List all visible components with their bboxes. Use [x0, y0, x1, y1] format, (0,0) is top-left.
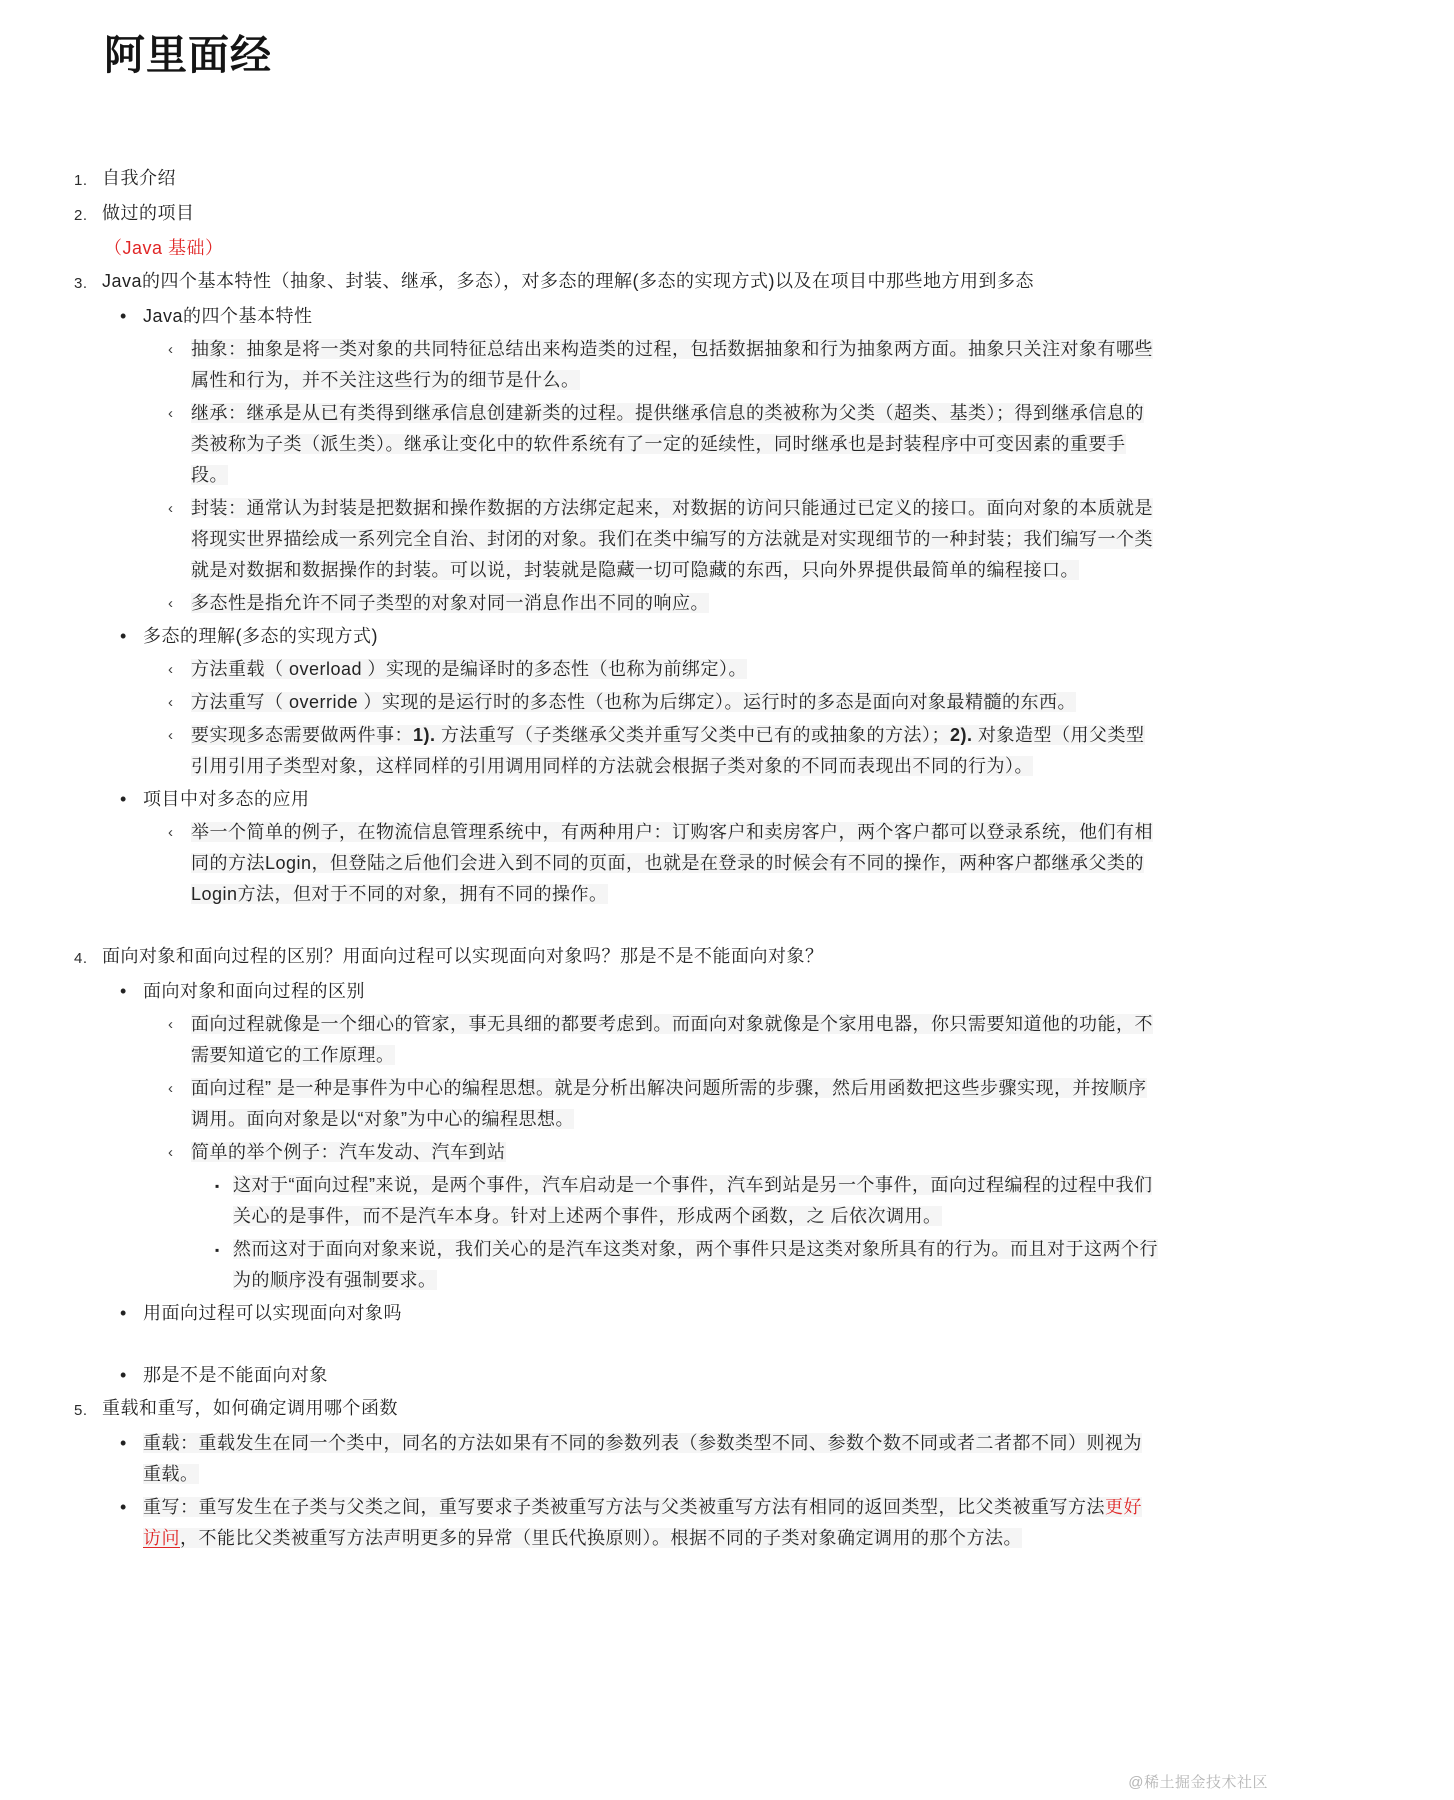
- paragraph-text: 这对于“面向过程”来说，是两个事件，汽车启动是一个事件，汽车到站是另一个事件，面…: [233, 1175, 1152, 1226]
- item-text: 多态的理解(多态的实现方式): [143, 621, 1158, 652]
- paragraph-text: 然而这对于面向对象来说，我们关心的是汽车这类对象，两个事件只是这类对象所具有的行…: [233, 1239, 1158, 1290]
- document-body: 1. 自我介绍 2. 做过的项目 （Java 基础） 3. Java的四个基本特…: [0, 163, 1158, 1556]
- item-text: 面向对象和面向过程的区别: [143, 976, 1158, 1007]
- item-text: 自我介绍: [102, 163, 1158, 194]
- paragraph-text: 封装：通常认为封装是把数据和操作数据的方法绑定起来，对数据的访问只能通过已定义的…: [191, 498, 1153, 580]
- bullet-l3-example-1: ▪ 这对于“面向过程”来说，是两个事件，汽车启动是一个事件，汽车到站是另一个事件…: [0, 1170, 1158, 1232]
- sub-bullet-icon: ‹: [168, 654, 191, 685]
- numbered-item-5: 5. 重载和重写，如何确定调用哪个函数: [0, 1393, 1158, 1426]
- item-number: 3.: [74, 266, 102, 299]
- item-number: 4.: [74, 941, 102, 974]
- bullet-icon: •: [120, 784, 143, 815]
- square-bullet-icon: ▪: [215, 1170, 233, 1202]
- red-underlined-highlight: 访问: [143, 1528, 180, 1548]
- item-text: 继承：继承是从已有类得到继承信息创建新类的过程。提供继承信息的类被称为父类（超类…: [191, 398, 1158, 491]
- paragraph-text: 抽象：抽象是将一类对象的共同特征总结出来构造类的过程，包括数据抽象和行为抽象两方…: [191, 339, 1153, 390]
- bullet-icon: •: [120, 301, 143, 332]
- bullet-icon: •: [120, 621, 143, 652]
- bullet-l2-overload: ‹ 方法重载（ overload ）实现的是编译时的多态性（也称为前绑定）。: [0, 654, 1158, 685]
- page-title: 阿里面经: [104, 22, 272, 81]
- item-text: 这对于“面向过程”来说，是两个事件，汽车启动是一个事件，汽车到站是另一个事件，面…: [233, 1170, 1158, 1232]
- sub-bullet-icon: ‹: [168, 817, 191, 848]
- bullet-l3-example-2: ▪ 然而这对于面向对象来说，我们关心的是汽车这类对象，两个事件只是这类对象所具有…: [0, 1234, 1158, 1296]
- item-text: 举一个简单的例子，在物流信息管理系统中，有两种用户：订购客户和卖房客户，两个客户…: [191, 817, 1158, 910]
- item-text: 面向对象和面向过程的区别？用面向过程可以实现面向对象吗？那是不是不能面向对象？: [102, 941, 1158, 972]
- bullet-icon: •: [120, 1360, 143, 1391]
- paragraph-text: 项目中对多态的应用: [143, 789, 310, 809]
- text-segment: 重写：重写发生在子类与父类之间，重写要求子类被重写方法与父类被重写方法有相同的返…: [143, 1497, 1105, 1517]
- item-text: Java的四个基本特性（抽象、封装、继承，多态），对多态的理解(多态的实现方式)…: [102, 266, 1158, 297]
- text-segment: ，不能比父类被重写方法声明更多的异常（里氏代换原则）。根据不同的子类对象确定调用…: [180, 1528, 1022, 1548]
- sub-bullet-icon: ‹: [168, 1073, 191, 1104]
- text-segment: 方法重写（子类继承父类并重写父类中已有的或抽象的方法）；: [436, 725, 951, 745]
- bullet-l2-app-example: ‹ 举一个简单的例子，在物流信息管理系统中，有两种用户：订购客户和卖房客户，两个…: [0, 817, 1158, 910]
- bullet-l2-encapsulation: ‹ 封装：通常认为封装是把数据和操作数据的方法绑定起来，对数据的访问只能通过已定…: [0, 493, 1158, 586]
- sub-bullet-icon: ‹: [168, 720, 191, 751]
- paragraph-text: 要实现多态需要做两件事：1). 方法重写（子类继承父类并重写父类中已有的或抽象的…: [191, 725, 1145, 776]
- bullet-l1-features-heading: • Java的四个基本特性: [0, 301, 1158, 332]
- bullet-icon: •: [120, 1492, 143, 1523]
- bullet-l1-poly-heading: • 多态的理解(多态的实现方式): [0, 621, 1158, 652]
- paragraph-text: 重写：重写发生在子类与父类之间，重写要求子类被重写方法与父类被重写方法有相同的返…: [143, 1497, 1142, 1548]
- item-text: 那是不是不能面向对象: [143, 1360, 1158, 1391]
- bullet-l1-q3: • 那是不是不能面向对象: [0, 1360, 1158, 1391]
- text-segment: 要实现多态需要做两件事：: [191, 725, 413, 745]
- numbered-item-3: 3. Java的四个基本特性（抽象、封装、继承，多态），对多态的理解(多态的实现…: [0, 266, 1158, 299]
- bullet-l2-diff-1: ‹ 面向过程就像是一个细心的管家，事无具细的都要考虑到。而面向对象就像是个家用电…: [0, 1009, 1158, 1071]
- paragraph-text: Java的四个基本特性（抽象、封装、继承，多态），对多态的理解(多态的实现方式)…: [102, 271, 1034, 291]
- bold-text: 2).: [950, 725, 973, 745]
- paragraph-text: 面向过程” 是一种是事件为中心的编程思想。就是分析出解决问题所需的步骤，然后用函…: [191, 1078, 1147, 1129]
- bullet-l1-overload-def: • 重载：重载发生在同一个类中，同名的方法如果有不同的参数列表（参数类型不同、参…: [0, 1428, 1158, 1490]
- square-bullet-icon: ▪: [215, 1234, 233, 1266]
- item-text: 方法重写（ override ）实现的是运行时的多态性（也称为后绑定）。运行时的…: [191, 687, 1158, 718]
- bullet-l1-override-def: • 重写：重写发生在子类与父类之间，重写要求子类被重写方法与父类被重写方法有相同…: [0, 1492, 1158, 1554]
- paragraph-text: 面向对象和面向过程的区别: [143, 981, 365, 1001]
- sub-bullet-icon: ‹: [168, 334, 191, 365]
- bullet-l2-diff-3: ‹ 简单的举个例子：汽车发动、汽车到站: [0, 1137, 1158, 1168]
- sub-bullet-icon: ‹: [168, 687, 191, 718]
- watermark: @稀土掘金技术社区: [1128, 1771, 1268, 1792]
- sub-bullet-icon: ‹: [168, 398, 191, 429]
- paragraph-text: 重载：重载发生在同一个类中，同名的方法如果有不同的参数列表（参数类型不同、参数个…: [143, 1433, 1142, 1484]
- paragraph-text: 面向过程就像是一个细心的管家，事无具细的都要考虑到。而面向对象就像是个家用电器，…: [191, 1014, 1153, 1065]
- bullet-l2-two-things: ‹ 要实现多态需要做两件事：1). 方法重写（子类继承父类并重写父类中已有的或抽…: [0, 720, 1158, 782]
- paragraph-text: 方法重载（ overload ）实现的是编译时的多态性（也称为前绑定）。: [191, 659, 747, 679]
- sub-bullet-icon: ‹: [168, 493, 191, 524]
- bullet-l1-q2: • 用面向过程可以实现面向对象吗: [0, 1298, 1158, 1329]
- item-text: 重载和重写，如何确定调用哪个函数: [102, 1393, 1158, 1424]
- bullet-l2-override: ‹ 方法重写（ override ）实现的是运行时的多态性（也称为后绑定）。运行…: [0, 687, 1158, 718]
- item-number: 1.: [74, 163, 102, 196]
- item-text: Java的四个基本特性: [143, 301, 1158, 332]
- paragraph-text: Java的四个基本特性: [143, 306, 313, 326]
- paragraph-text: 举一个简单的例子，在物流信息管理系统中，有两种用户：订购客户和卖房客户，两个客户…: [191, 822, 1153, 904]
- item-text: 面向过程” 是一种是事件为中心的编程思想。就是分析出解决问题所需的步骤，然后用函…: [191, 1073, 1158, 1135]
- item-text: 抽象：抽象是将一类对象的共同特征总结出来构造类的过程，包括数据抽象和行为抽象两方…: [191, 334, 1158, 396]
- sub-bullet-icon: ‹: [168, 1137, 191, 1168]
- paragraph-text: 自我介绍: [102, 168, 176, 188]
- item-text: 面向过程就像是一个细心的管家，事无具细的都要考虑到。而面向对象就像是个家用电器，…: [191, 1009, 1158, 1071]
- item-text: 要实现多态需要做两件事：1). 方法重写（子类继承父类并重写父类中已有的或抽象的…: [191, 720, 1158, 782]
- item-text: 重载：重载发生在同一个类中，同名的方法如果有不同的参数列表（参数类型不同、参数个…: [143, 1428, 1158, 1490]
- item-text: 项目中对多态的应用: [143, 784, 1158, 815]
- item-text: 多态性是指允许不同子类型的对象对同一消息作出不同的响应。: [191, 588, 1158, 619]
- paragraph-text: 多态性是指允许不同子类型的对象对同一消息作出不同的响应。: [191, 593, 709, 613]
- bullet-l2-diff-2: ‹ 面向过程” 是一种是事件为中心的编程思想。就是分析出解决问题所需的步骤，然后…: [0, 1073, 1158, 1135]
- item-number: 2.: [74, 198, 102, 231]
- item-text: 重写：重写发生在子类与父类之间，重写要求子类被重写方法与父类被重写方法有相同的返…: [143, 1492, 1158, 1554]
- bold-text: 1).: [413, 725, 436, 745]
- item-number: 5.: [74, 1393, 102, 1426]
- item-text: 封装：通常认为封装是把数据和操作数据的方法绑定起来，对数据的访问只能通过已定义的…: [191, 493, 1158, 586]
- red-note: （Java 基础）: [0, 233, 1158, 264]
- paragraph-text: 做过的项目: [102, 203, 195, 223]
- numbered-item-2: 2. 做过的项目: [0, 198, 1158, 231]
- item-text: （Java 基础）: [104, 233, 1158, 264]
- bullet-icon: •: [120, 1298, 143, 1329]
- item-text: 用面向过程可以实现面向对象吗: [143, 1298, 1158, 1329]
- paragraph-text: 多态的理解(多态的实现方式): [143, 626, 378, 646]
- numbered-item-4: 4. 面向对象和面向过程的区别？用面向过程可以实现面向对象吗？那是不是不能面向对…: [0, 941, 1158, 974]
- document-page: 阿里面经 1. 自我介绍 2. 做过的项目 （Java 基础） 3. Java的…: [0, 0, 1454, 1800]
- paragraph-text: 简单的举个例子：汽车发动、汽车到站: [191, 1142, 506, 1162]
- paragraph-text: 方法重写（ override ）实现的是运行时的多态性（也称为后绑定）。运行时的…: [191, 692, 1076, 712]
- bullet-l1-diff-heading: • 面向对象和面向过程的区别: [0, 976, 1158, 1007]
- bullet-l2-inheritance: ‹ 继承：继承是从已有类得到继承信息创建新类的过程。提供继承信息的类被称为父类（…: [0, 398, 1158, 491]
- bullet-icon: •: [120, 1428, 143, 1459]
- paragraph-text: 那是不是不能面向对象: [143, 1365, 328, 1385]
- bullet-l2-abstraction: ‹ 抽象：抽象是将一类对象的共同特征总结出来构造类的过程，包括数据抽象和行为抽象…: [0, 334, 1158, 396]
- item-text: 做过的项目: [102, 198, 1158, 229]
- item-text: 简单的举个例子：汽车发动、汽车到站: [191, 1137, 1158, 1168]
- paragraph-text: 面向对象和面向过程的区别？用面向过程可以实现面向对象吗？那是不是不能面向对象？: [102, 946, 824, 966]
- bullet-icon: •: [120, 976, 143, 1007]
- numbered-item-1: 1. 自我介绍: [0, 163, 1158, 196]
- bullet-l1-app-heading: • 项目中对多态的应用: [0, 784, 1158, 815]
- red-highlight: 更好: [1105, 1497, 1142, 1517]
- paragraph-text: 用面向过程可以实现面向对象吗: [143, 1303, 402, 1323]
- red-note-text: （Java 基础）: [104, 238, 224, 258]
- paragraph-text: 重载和重写，如何确定调用哪个函数: [102, 1398, 398, 1418]
- bullet-l2-polymorphism: ‹ 多态性是指允许不同子类型的对象对同一消息作出不同的响应。: [0, 588, 1158, 619]
- item-text: 方法重载（ overload ）实现的是编译时的多态性（也称为前绑定）。: [191, 654, 1158, 685]
- paragraph-text: 继承：继承是从已有类得到继承信息创建新类的过程。提供继承信息的类被称为父类（超类…: [191, 403, 1144, 485]
- sub-bullet-icon: ‹: [168, 588, 191, 619]
- sub-bullet-icon: ‹: [168, 1009, 191, 1040]
- item-text: 然而这对于面向对象来说，我们关心的是汽车这类对象，两个事件只是这类对象所具有的行…: [233, 1234, 1158, 1296]
